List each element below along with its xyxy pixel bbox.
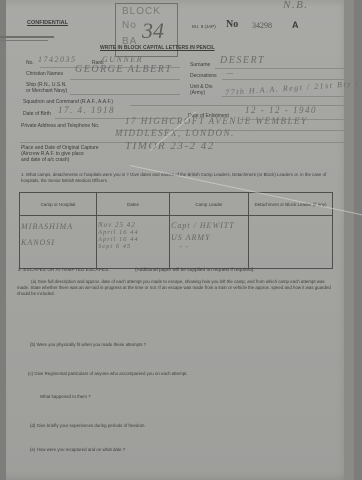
- camp-leader: US ARMY: [171, 233, 247, 242]
- header-camp-leader: Camp Leader: [170, 193, 249, 216]
- section-1-instructions: 1. What camps, detachments or hospitals …: [21, 172, 336, 184]
- capture-label-3: and date of a/c crash): [21, 157, 69, 163]
- date-entry: Nov 25 42: [98, 221, 168, 229]
- rank-value: GUNNER: [102, 55, 143, 64]
- detachment-cell: [249, 216, 333, 269]
- decorations-label: Decorations: [190, 73, 217, 79]
- ship-label-2: or Merchant Navy): [26, 88, 67, 94]
- question-b: (b) Were you physically fit when you mad…: [30, 342, 146, 348]
- camp-leader-cell: Capt / HEWITT US ARMY " ": [170, 216, 249, 269]
- address-line-1: 17 HIGHCROFT AVENUE WEMBLEY: [125, 116, 307, 126]
- christian-names-value: GEORGE ALBERT: [75, 64, 172, 75]
- unit-label-2: (Army): [190, 90, 205, 96]
- camps-table: Camp or Hospital Dates Camp Leader Detac…: [19, 192, 333, 269]
- camp-name: MIBASHIMA: [21, 222, 95, 231]
- header-dates: Dates: [97, 193, 170, 216]
- camp-name: KANOSI: [21, 238, 95, 247]
- question-c-followup: What happened to them ?: [40, 394, 91, 400]
- camp-leader: Capt / HEWITT: [171, 221, 247, 230]
- classification-label: CONFIDENTIAL: [27, 20, 68, 26]
- serial-number: 34298: [252, 21, 272, 30]
- question-c: (c) Give Regimental particulars of anyon…: [28, 371, 188, 377]
- capture-value: TIMOR 23-2 42: [125, 140, 215, 152]
- no-label: No.: [26, 60, 34, 66]
- dob-value: 17. 4. 1918: [58, 105, 115, 115]
- section-2-title: 2. ESCAPES OR ATTEMPTED ESCAPES.: [18, 268, 110, 273]
- series-letter: A: [292, 20, 299, 30]
- decorations-value: —: [226, 68, 235, 77]
- table-row: MIBASHIMA KANOSI Nov 25 42 April 16 44 A…: [20, 216, 333, 269]
- corner-annotation: N.B.: [283, 0, 309, 11]
- form-reference: M.I. 9 (JAP): [192, 24, 216, 29]
- serial-number-label: No: [226, 19, 238, 30]
- surname-value: DESERT: [220, 55, 265, 66]
- question-d: (d) Give briefly your experiences during…: [30, 423, 146, 429]
- no-value: 1742035: [38, 55, 77, 64]
- enlistment-value: 12 - 12 - 1940: [245, 105, 317, 115]
- christian-names-label: Christian Names: [26, 71, 63, 77]
- surname-label: Surname: [190, 62, 210, 68]
- header-camp: Camp or Hospital: [20, 193, 97, 216]
- stamp-block-number: 34: [142, 18, 164, 44]
- stamp-no-text: No: [122, 20, 137, 31]
- question-e: (e) How were you recaptured and on what …: [30, 447, 125, 453]
- camp-leader: " ": [171, 246, 247, 252]
- address-label: Private Address and Telephone No.: [21, 123, 99, 129]
- string-binding: [0, 30, 60, 44]
- section-2-note: (Additional paper will be supplied on re…: [135, 268, 255, 273]
- dates-cell: Nov 25 42 April 16 44 April 16 44 Sept 6…: [97, 216, 170, 269]
- instruction-heading: WRITE IN BLOCK CAPITAL LETTERS IN PENCIL: [100, 45, 215, 51]
- date-entry: Sept 6 45: [98, 243, 168, 250]
- header-detachment-leader: Detachment or Block Leader (if any): [249, 193, 333, 216]
- stamp-block-text: BLOCK: [122, 6, 161, 17]
- date-entry: April 16 44: [98, 229, 168, 236]
- page-edge: [344, 0, 354, 480]
- date-entry: April 16 44: [98, 236, 168, 243]
- question-a: (a) Give full description and approx. da…: [17, 279, 335, 297]
- camp-cell: MIBASHIMA KANOSI: [20, 216, 97, 269]
- dob-label: Date of Birth: [23, 111, 51, 117]
